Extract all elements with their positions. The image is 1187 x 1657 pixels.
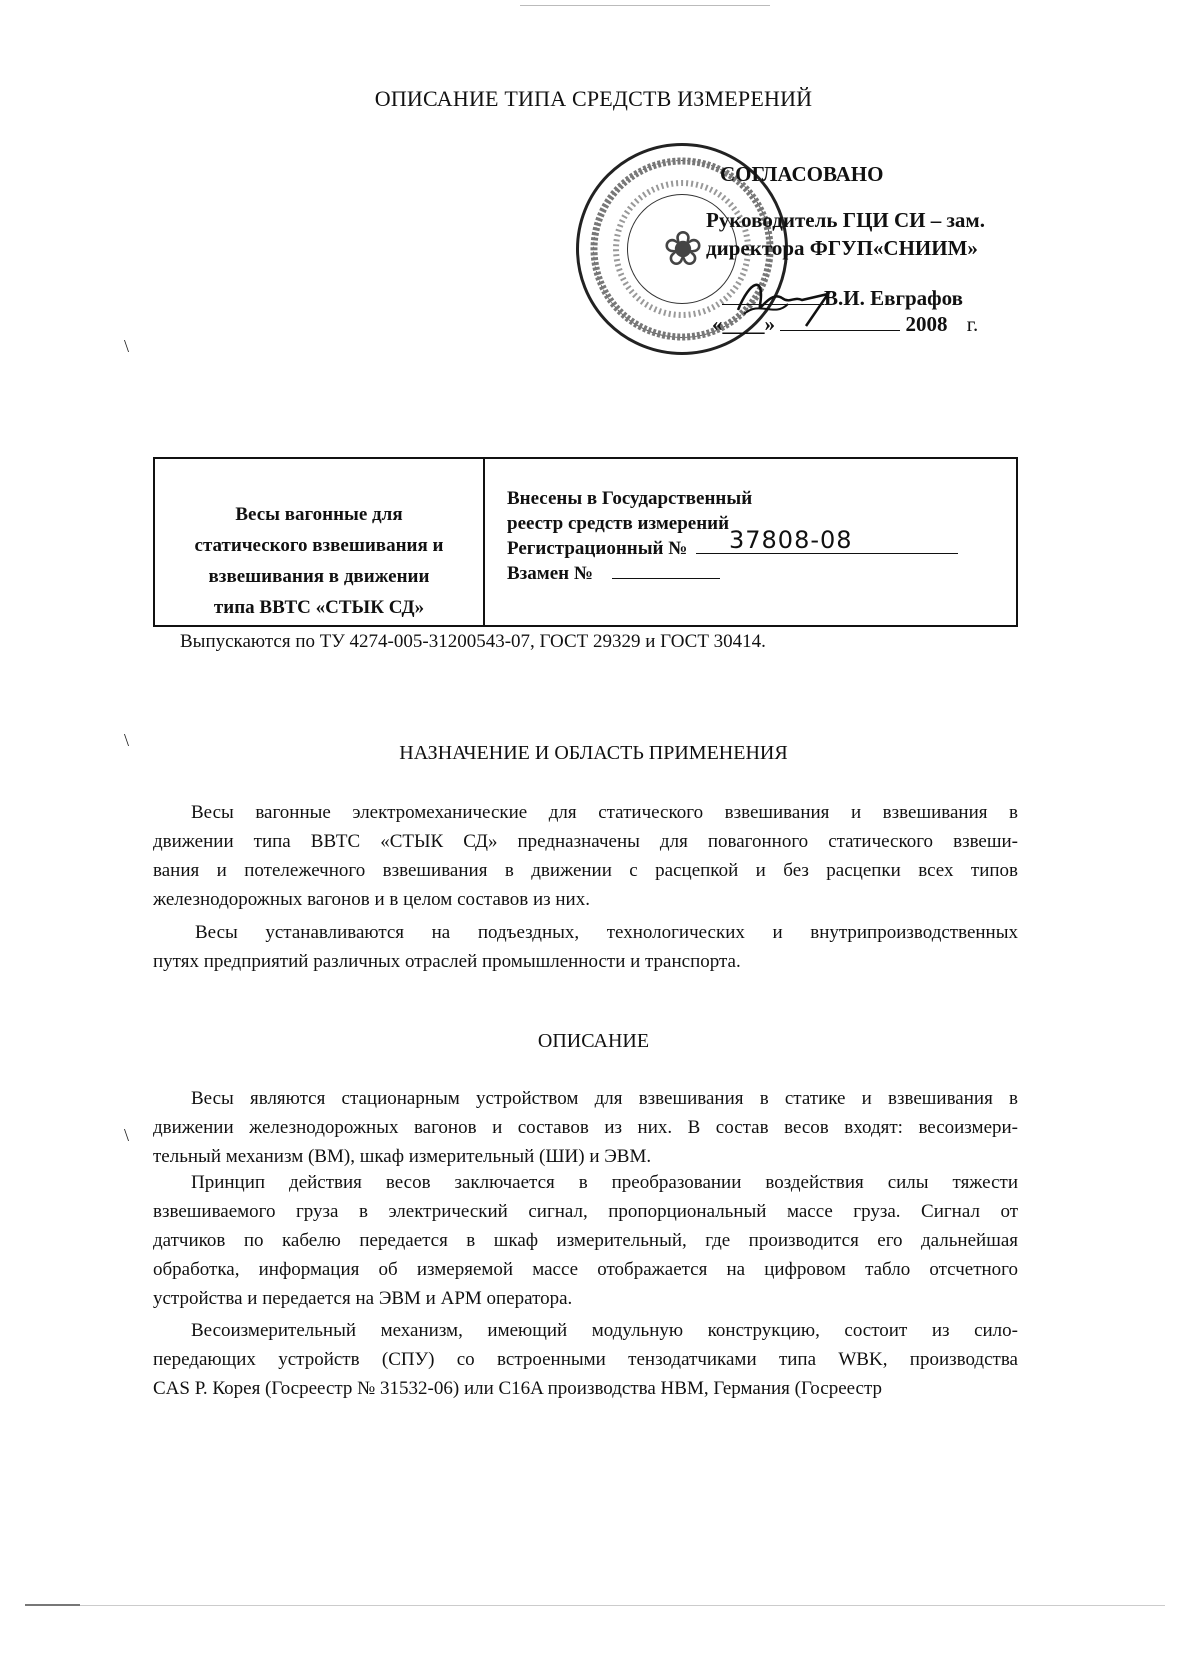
scan-artifact-bottom-left	[25, 1604, 80, 1606]
registry-info-cell: Внесены в Государственный реестр средств…	[507, 486, 958, 586]
year-suffix: г.	[967, 312, 979, 336]
text-line: движении железнодорожных вагонов и соста…	[153, 1113, 1018, 1142]
registry-line-1: Внесены в Государственный	[507, 486, 958, 511]
approval-year: 2008	[906, 312, 948, 336]
replacement-row: Взамен №	[507, 561, 958, 586]
paragraph-purpose-2: Весы устанавливаются на подъездных, техн…	[153, 918, 1018, 976]
text-line: CAS Р. Корея (Госреестр № 31532-06) или …	[153, 1374, 1018, 1403]
text-line: передающих устройств (СПУ) со встроенным…	[153, 1345, 1018, 1374]
text-line: движении типа ВВТС «СТЫК СД» предназначе…	[153, 827, 1018, 856]
text-line: Принцип действия весов заключается в пре…	[153, 1168, 1018, 1197]
text-line: взвешиваемого груза в электрический сигн…	[153, 1197, 1018, 1226]
text-line: датчиков по кабелю передается в шкаф изм…	[153, 1226, 1018, 1255]
registration-number: 37808-08	[729, 528, 853, 553]
product-name-line: типа ВВТС «СТЫК СД»	[155, 592, 483, 623]
scan-artifact-top	[520, 5, 770, 6]
table-divider	[483, 459, 485, 625]
section-title-purpose: НАЗНАЧЕНИЕ И ОБЛАСТЬ ПРИМЕНЕНИЯ	[0, 742, 1187, 765]
text-line: устройства и передается на ЭВМ и АРМ опе…	[153, 1284, 1018, 1313]
text-line: Весы устанавливаются на подъездных, техн…	[153, 918, 1018, 947]
text-line: Весоизмерительный механизм, имеющий моду…	[153, 1316, 1018, 1345]
paragraph-description-2: Принцип действия весов заключается в пре…	[153, 1168, 1018, 1313]
product-name-cell: Весы вагонные для статического взвешиван…	[155, 499, 483, 623]
margin-mark: \	[124, 1125, 129, 1146]
text-line: Весы являются стационарным устройством д…	[153, 1084, 1018, 1113]
text-line: тельный механизм (ВМ), шкаф измерительны…	[153, 1142, 1018, 1171]
text-line: обработка, информация об измеряемой масс…	[153, 1255, 1018, 1284]
registration-label: Регистрационный №	[507, 538, 687, 559]
replacement-label: Взамен №	[507, 563, 593, 584]
product-name-line: взвешивания в движении	[155, 561, 483, 592]
handwritten-signature-icon	[730, 270, 850, 330]
paragraph-purpose-1: Весы вагонные электромеханические для ст…	[153, 798, 1018, 914]
section-title-description: ОПИСАНИЕ	[0, 1030, 1187, 1053]
paragraph-description-3: Весоизмерительный механизм, имеющий моду…	[153, 1316, 1018, 1403]
registration-table: Весы вагонные для статического взвешиван…	[153, 457, 1018, 627]
text-line: вания и потележечного взвешивания в движ…	[153, 856, 1018, 885]
approval-position-2: директора ФГУП«СНИИМ»	[706, 234, 978, 262]
approval-heading: СОГЛАСОВАНО	[720, 160, 883, 188]
scan-artifact-bottom	[25, 1605, 1165, 1606]
approval-position-1: Руководитель ГЦИ СИ – зам.	[706, 206, 985, 234]
product-name-line: Весы вагонные для	[155, 499, 483, 530]
registration-number-row: Регистрационный № 37808-08	[507, 536, 958, 561]
text-line: Весы вагонные электромеханические для ст…	[153, 798, 1018, 827]
text-line: путях предприятий различных отраслей про…	[153, 947, 1018, 976]
issued-by-standards: Выпускаются по ТУ 4274-005-31200543-07, …	[180, 631, 766, 653]
product-name-line: статического взвешивания и	[155, 530, 483, 561]
paragraph-description-1: Весы являются стационарным устройством д…	[153, 1084, 1018, 1171]
margin-mark: \	[124, 336, 129, 357]
document-title: ОПИСАНИЕ ТИПА СРЕДСТВ ИЗМЕРЕНИЙ	[0, 86, 1187, 112]
text-line: железнодорожных вагонов и в целом состав…	[153, 885, 1018, 914]
